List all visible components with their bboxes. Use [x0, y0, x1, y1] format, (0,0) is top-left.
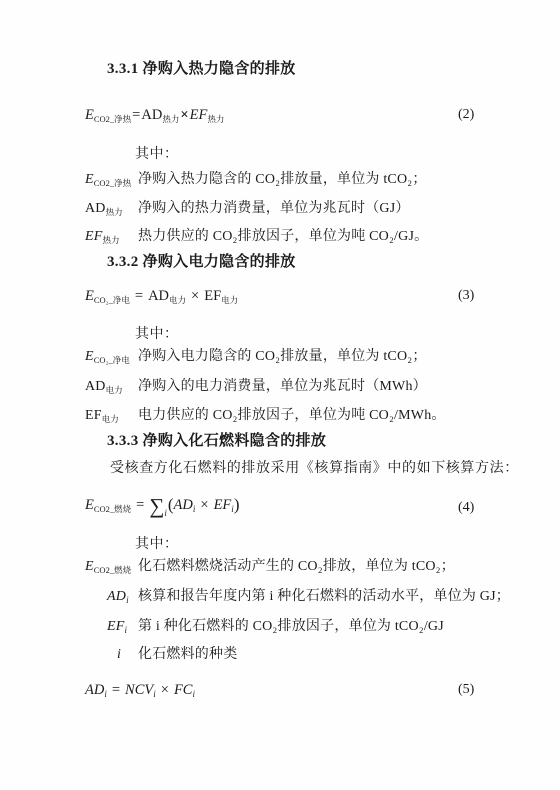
eq5-symbol-AD: AD — [85, 682, 104, 698]
eq3-symbol-AD: AD — [148, 288, 169, 304]
definition-row: AD电力净购入的电力消费量，单位为兆瓦时（MWh） — [85, 375, 427, 396]
term-sub: CO₂_净电 — [94, 355, 130, 365]
eq4-symbol-E-sub: CO2_燃烧 — [94, 504, 131, 514]
term-sub: i — [125, 625, 128, 635]
eq5-times: × — [161, 682, 169, 698]
term-sub: CO2_燃烧 — [94, 565, 131, 575]
term-sub: 电力 — [102, 414, 119, 424]
term-sub: 热力 — [103, 235, 120, 245]
eq5-symbol-FC-sub: i — [192, 689, 195, 699]
term-base: EF — [85, 408, 102, 423]
where-label-3: 其中： — [135, 533, 179, 553]
term-base: AD — [85, 201, 106, 216]
eq2-symbol-EF: EF — [190, 107, 208, 123]
eq2-symbol-AD-sub: 热力 — [162, 114, 179, 124]
definition-row: ECO₂_净电净购入电力隐含的 CO₂排放量，单位为 tCO₂； — [85, 345, 427, 366]
equation-2-number: (2) — [458, 107, 474, 123]
eq2-symbol-EF-sub: 热力 — [207, 114, 224, 124]
term-symbol: ADi — [107, 589, 138, 605]
term-definition: 电力供应的 CO₂排放因子，单位为吨 CO₂/MWh。 — [138, 408, 446, 423]
definition-row: ECO2_净热净购入热力隐含的 CO₂排放量，单位为 tCO₂； — [85, 168, 427, 189]
eq4-symbol-EF: EF — [214, 497, 232, 513]
eq4-symbol-AD-sub: i — [193, 504, 196, 514]
eq5-symbol-AD-sub: i — [104, 689, 107, 699]
term-definition: 化石燃料的种类 — [138, 647, 237, 662]
definition-row: ECO2_燃烧化石燃料燃烧活动产生的 CO₂排放，单位为 tCO₂； — [85, 555, 455, 576]
eq4-equals: = — [136, 497, 144, 513]
eq2-symbol-E: E — [85, 107, 94, 123]
term-base: EF — [85, 229, 103, 244]
equation-4-number: (4) — [458, 500, 474, 516]
term-symbol: i — [117, 647, 138, 663]
term-definition: 第 i 种化石燃料的 CO₂排放因子，单位为 tCO₂/GJ — [138, 619, 444, 634]
eq3-symbol-AD-sub: 电力 — [169, 295, 186, 305]
term-base: E — [85, 172, 94, 187]
term-base: AD — [85, 379, 106, 394]
section-3-3-1-heading: 3.3.1 净购入热力隐含的排放 — [107, 57, 296, 78]
eq5-symbol-FC: FC — [174, 682, 193, 698]
eq3-equals: = — [135, 288, 143, 304]
term-sub: 热力 — [106, 207, 123, 217]
term-definition: 热力供应的 CO₂排放因子，单位为吨 CO₂/GJ。 — [138, 229, 428, 244]
term-definition: 净购入热力隐含的 CO₂排放量，单位为 tCO₂； — [138, 172, 427, 187]
term-symbol: ECO₂_净电 — [85, 349, 138, 366]
section-3-3-3-heading: 3.3.3 净购入化石燃料隐含的排放 — [107, 429, 326, 450]
term-definition: 核算和报告年度内第 i 种化石燃料的活动水平，单位为 GJ； — [138, 589, 510, 604]
eq4-symbol-AD: AD — [174, 497, 193, 513]
eq3-symbol-E-sub: CO₂_净电 — [94, 295, 130, 305]
where-label-2: 其中： — [135, 323, 179, 343]
equation-4: ECO2_燃烧=∑i(ADi×EFi) — [85, 495, 239, 518]
definition-row: EF热力热力供应的 CO₂排放因子，单位为吨 CO₂/GJ。 — [85, 225, 428, 246]
document-page: 3.3.1 净购入热力隐含的排放 ECO2_净热=AD热力×EF热力 (2) 其… — [0, 0, 560, 790]
term-symbol: AD电力 — [85, 379, 138, 396]
equation-3: ECO₂_净电=AD电力×EF电力 — [85, 288, 238, 306]
eq3-times: × — [191, 288, 199, 304]
equation-5-number: (5) — [458, 682, 474, 698]
term-base: E — [85, 559, 94, 574]
term-definition: 净购入的电力消费量，单位为兆瓦时（MWh） — [138, 379, 427, 394]
eq3-symbol-EF-sub: 电力 — [221, 295, 238, 305]
term-symbol: EF热力 — [85, 229, 138, 246]
term-symbol: ECO2_净热 — [85, 172, 138, 189]
term-definition: 净购入电力隐含的 CO₂排放量，单位为 tCO₂； — [138, 349, 427, 364]
eq4-symbol-E: E — [85, 497, 94, 513]
equation-2: ECO2_净热=AD热力×EF热力 — [85, 107, 224, 125]
eq4-close-paren: ) — [234, 495, 240, 514]
term-base: E — [85, 349, 94, 364]
definition-row: i化石燃料的种类 — [117, 643, 237, 663]
term-base: AD — [107, 589, 126, 604]
eq4-sum-sub: i — [164, 508, 167, 518]
intro-paragraph: 受核查方化石燃料的排放采用《核算指南》中的如下核算方法： — [110, 457, 519, 477]
term-symbol: EF电力 — [85, 408, 138, 425]
term-sub: i — [126, 595, 129, 605]
definition-row: EF电力电力供应的 CO₂排放因子，单位为吨 CO₂/MWh。 — [85, 404, 446, 425]
term-symbol: EFi — [107, 619, 138, 635]
eq5-symbol-NCV-sub: i — [153, 689, 156, 699]
definition-row: AD热力净购入的热力消费量，单位为兆瓦时（GJ） — [85, 197, 410, 218]
definition-row: EFi第 i 种化石燃料的 CO₂排放因子，单位为 tCO₂/GJ — [107, 615, 444, 635]
eq2-symbol-AD: AD — [141, 107, 162, 123]
section-3-3-2-heading: 3.3.2 净购入电力隐含的排放 — [107, 250, 296, 271]
term-base: EF — [107, 619, 125, 634]
term-sub: CO2_净热 — [94, 178, 131, 188]
definition-row: ADi核算和报告年度内第 i 种化石燃料的活动水平，单位为 GJ； — [107, 585, 510, 605]
equation-3-number: (3) — [458, 288, 474, 304]
term-symbol: ECO2_燃烧 — [85, 559, 138, 576]
sum-icon: ∑ — [149, 494, 164, 518]
eq2-equals: = — [132, 107, 140, 123]
eq3-symbol-E: E — [85, 288, 94, 304]
equation-5: ADi=NCVi×FCi — [85, 682, 195, 699]
eq3-symbol-EF: EF — [204, 288, 221, 304]
eq5-symbol-NCV: NCV — [125, 682, 153, 698]
eq2-symbol-E-sub: CO2_净热 — [94, 114, 131, 124]
eq2-times: × — [180, 107, 188, 123]
term-sub: 电力 — [106, 385, 123, 395]
eq5-equals: = — [112, 682, 120, 698]
term-definition: 化石燃料燃烧活动产生的 CO₂排放，单位为 tCO₂； — [138, 559, 455, 574]
term-definition: 净购入的热力消费量，单位为兆瓦时（GJ） — [138, 201, 410, 216]
eq4-times: × — [200, 497, 208, 513]
term-symbol: AD热力 — [85, 201, 138, 218]
term-base: i — [117, 647, 121, 662]
where-label-1: 其中： — [135, 143, 179, 163]
